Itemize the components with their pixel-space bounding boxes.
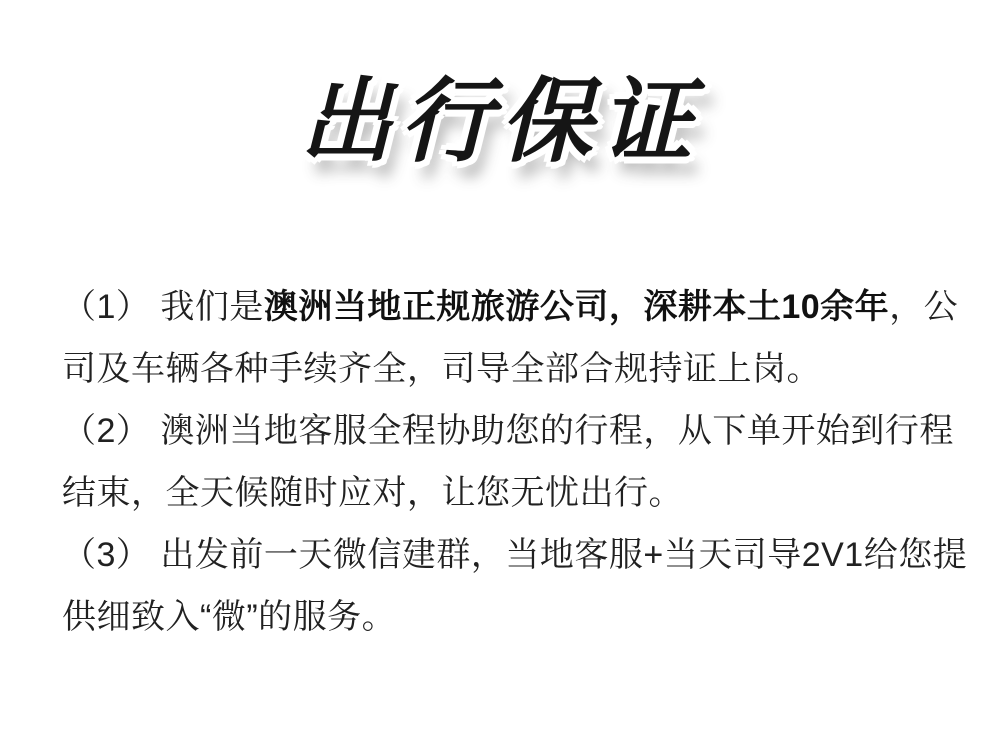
- text-segment: （2） 澳洲当地客服全程协助您的行程，从下单开始到行程: [62, 412, 954, 450]
- text-line: 供细致入“微”的服务。: [62, 586, 942, 648]
- text-segment: （3） 出发前一天微信建群，当地客服+当天司导2V1给您提: [62, 536, 967, 574]
- text-segment: 司及车辆各种手续齐全，司导全部合规持证上岗。: [62, 350, 821, 388]
- text-segment: 供细致入“微”的服务。: [62, 598, 396, 636]
- text-line: （3） 出发前一天微信建群，当地客服+当天司导2V1给您提: [62, 524, 942, 586]
- guarantee-text-block: （1） 我们是澳洲当地正规旅游公司，深耕本土10余年，公司及车辆各种手续齐全，司…: [62, 276, 942, 648]
- travel-guarantee-page: 出行保证 （1） 我们是澳洲当地正规旅游公司，深耕本土10余年，公司及车辆各种手…: [0, 0, 1000, 736]
- text-line: 司及车辆各种手续齐全，司导全部合规持证上岗。: [62, 338, 942, 400]
- page-title: 出行保证: [0, 72, 1000, 173]
- text-segment: ，公: [889, 288, 958, 326]
- text-segment: （1） 我们是: [62, 288, 264, 326]
- text-line: （1） 我们是澳洲当地正规旅游公司，深耕本土10余年，公: [62, 276, 942, 338]
- text-segment-bold: 澳洲当地正规旅游公司，深耕本土10余年: [264, 288, 889, 326]
- text-line: （2） 澳洲当地客服全程协助您的行程，从下单开始到行程: [62, 400, 942, 462]
- text-line: 结束，全天候随时应对，让您无忧出行。: [62, 462, 942, 524]
- text-segment: 结束，全天候随时应对，让您无忧出行。: [62, 474, 683, 512]
